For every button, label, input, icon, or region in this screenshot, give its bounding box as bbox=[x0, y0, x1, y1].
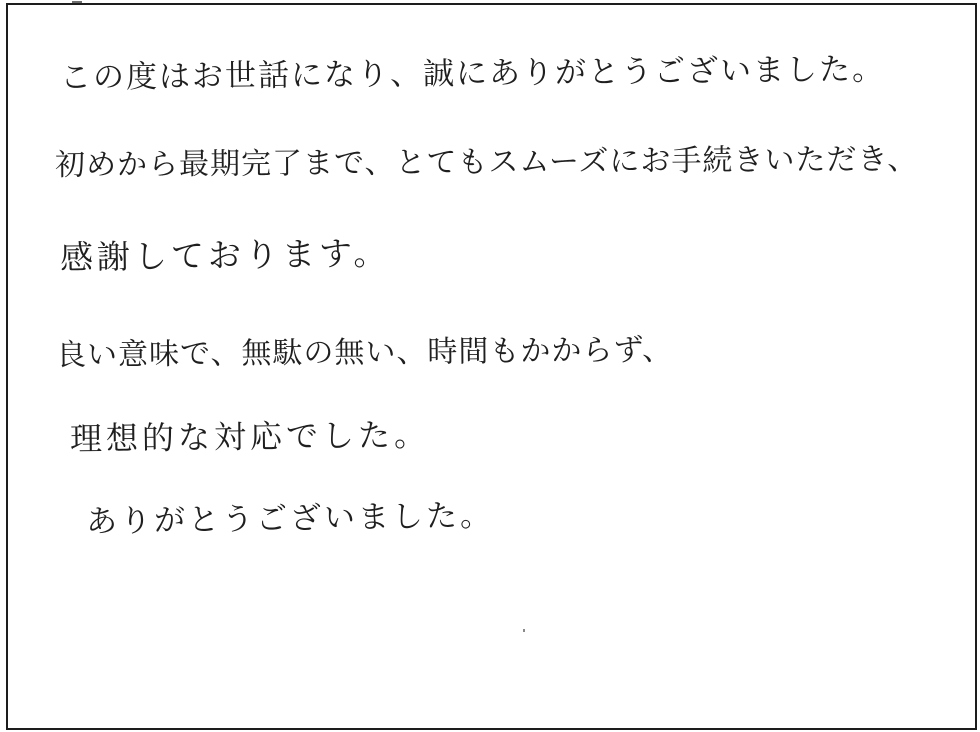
scanned-note-page: この度はお世話になり、誠にありがとうございました。 初めから最期完了まで、とても… bbox=[0, 0, 980, 732]
scan-artifact-speck bbox=[523, 629, 525, 632]
handwritten-line-5: 理想的な対応でした。 bbox=[70, 410, 431, 460]
handwritten-line-3: 感謝しております。 bbox=[60, 227, 391, 279]
handwritten-line-6: ありがとうございました。 bbox=[86, 490, 495, 541]
scan-artifact-speck-top bbox=[72, 1, 82, 3]
handwritten-note: この度はお世話になり、誠にありがとうございました。 初めから最期完了まで、とても… bbox=[0, 0, 980, 732]
handwritten-line-4: 良い意味で、無駄の無い、時間もかからず、 bbox=[56, 325, 673, 374]
handwritten-line-2: 初めから最期完了まで、とてもスムーズにお手続きいただき、 bbox=[55, 134, 918, 184]
handwritten-line-1: この度はお世話になり、誠にありがとうございました。 bbox=[60, 43, 885, 97]
